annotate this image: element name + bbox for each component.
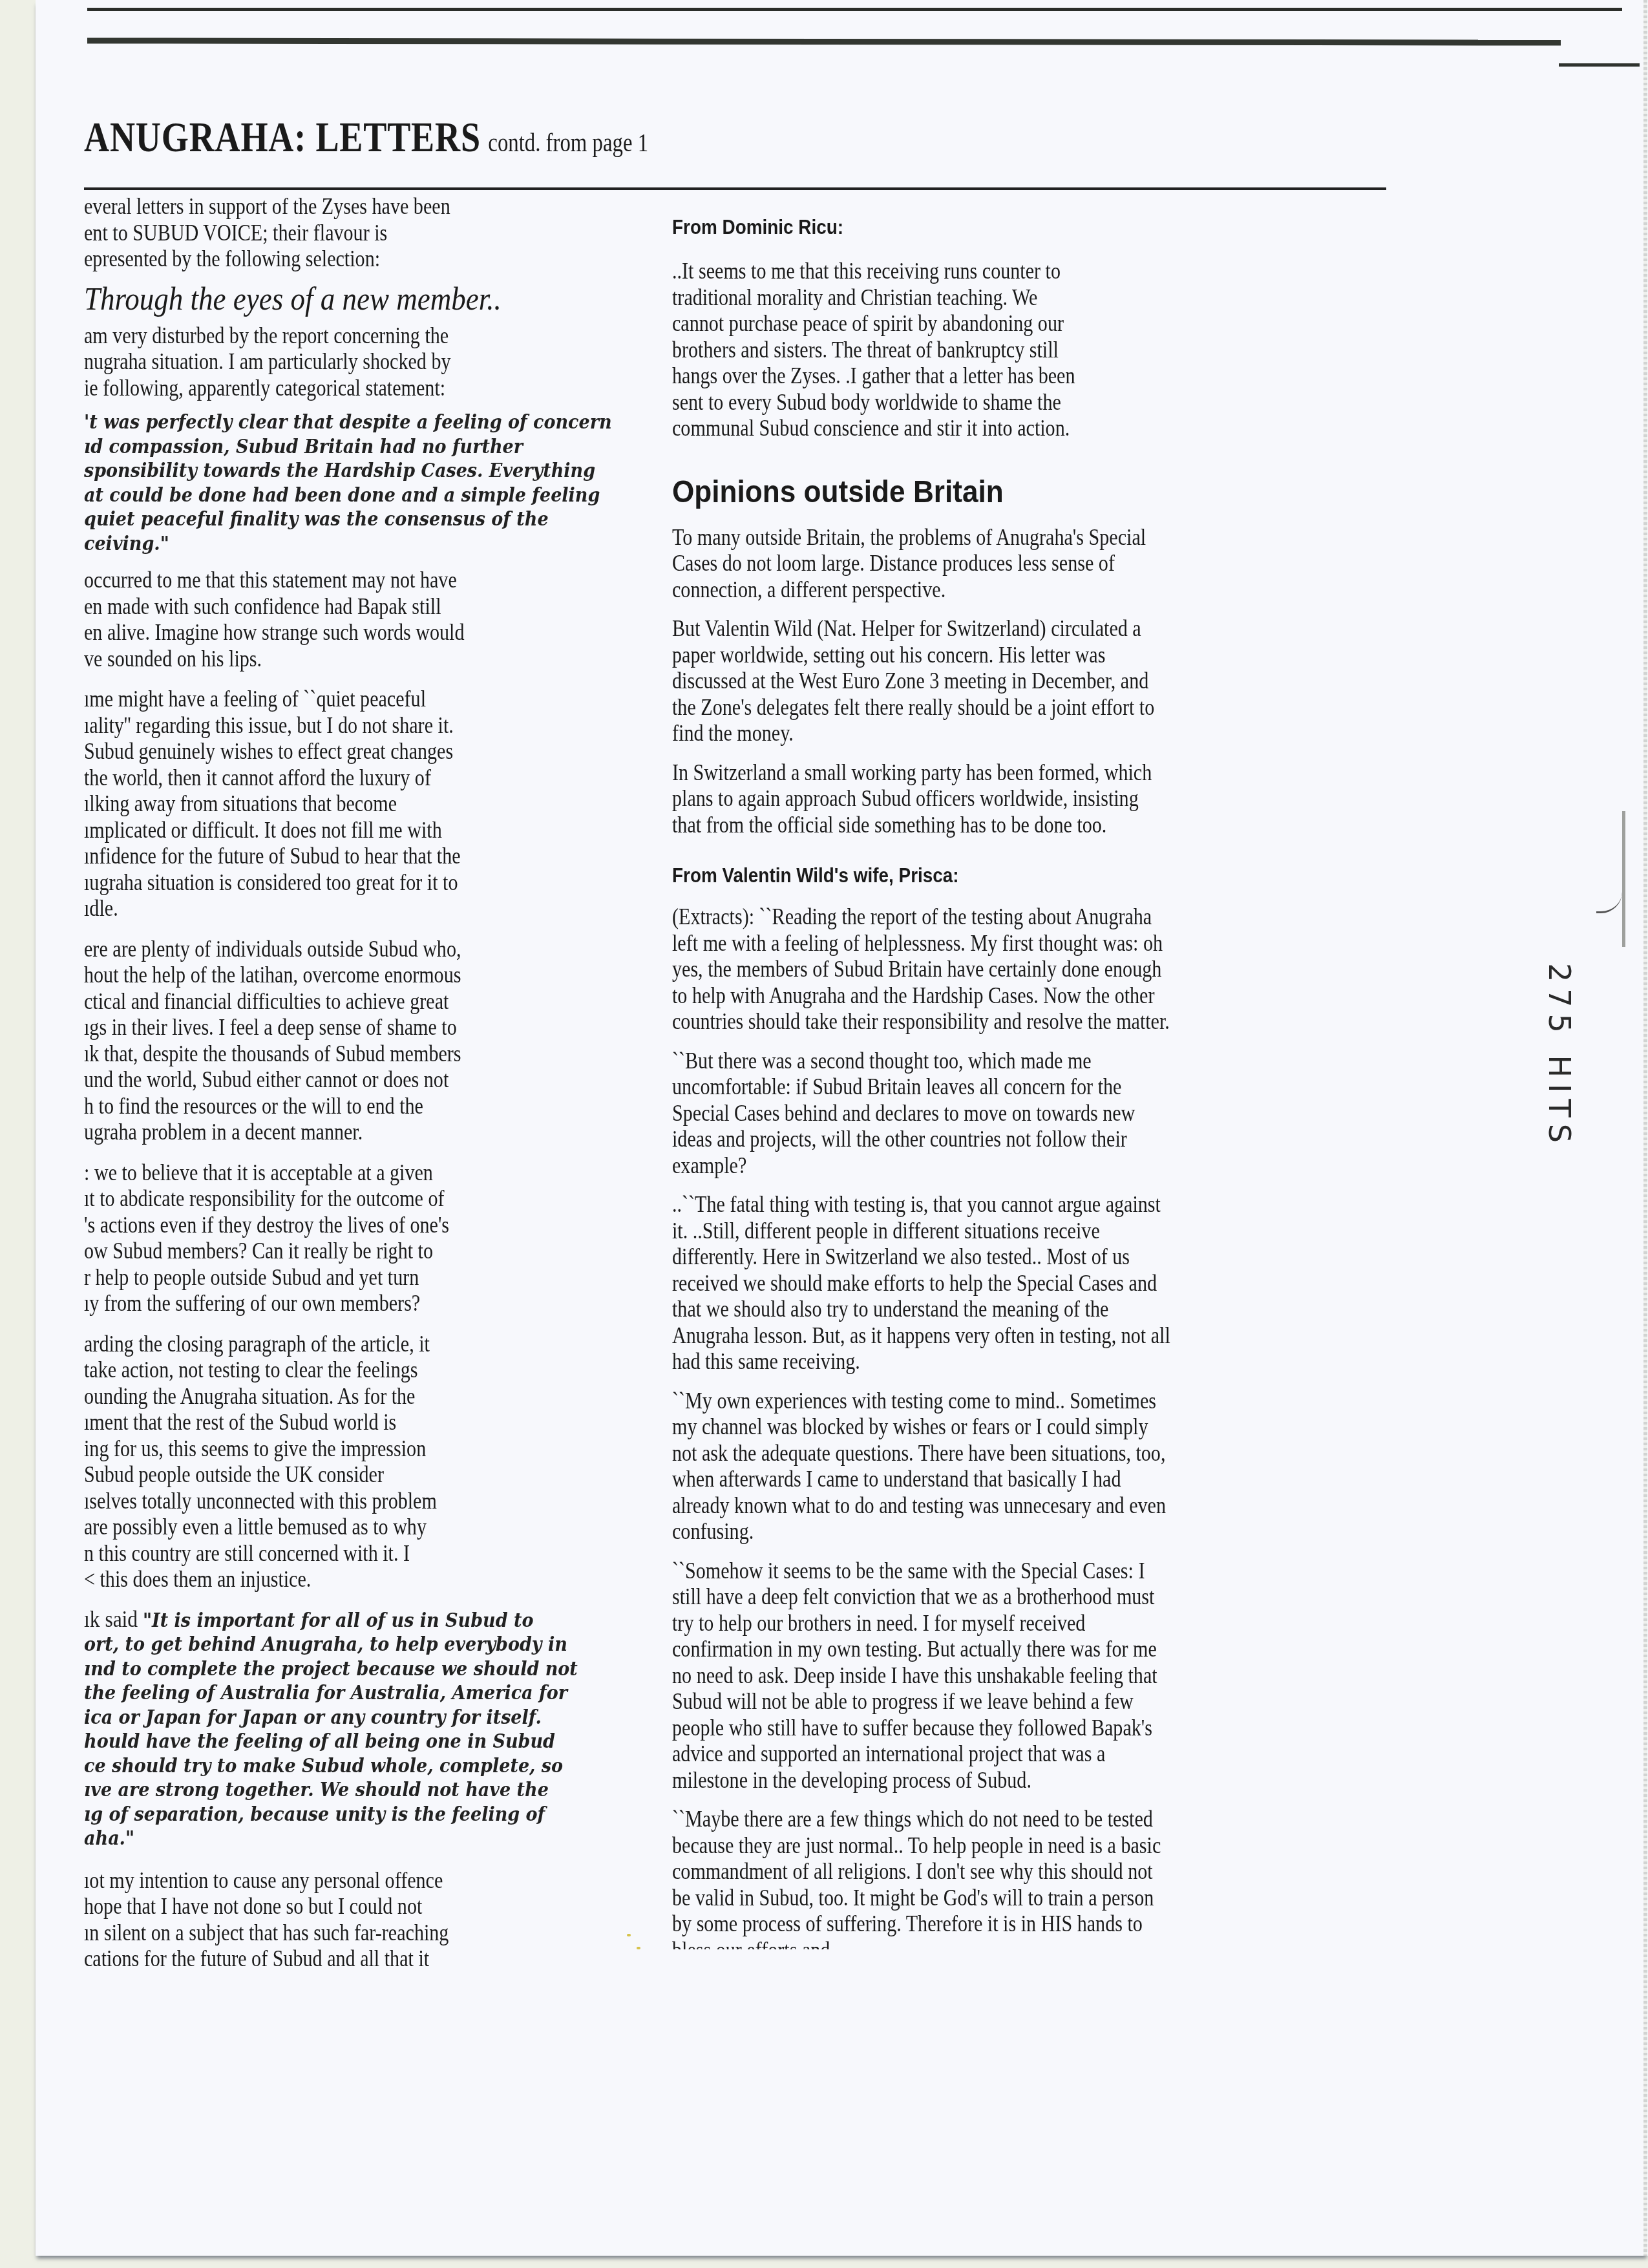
left-column: everal letters in support of the Zyses h… [84,194,653,1973]
text-line: ıment that the rest of the Subud world i… [84,1410,651,1436]
text-line: But Valentin Wild (Nat. Helper for Switz… [672,616,1368,642]
text-line: ıg of separation, because unity is the f… [84,1803,652,1827]
text-line: ımplicated or difficult. It does not fil… [84,818,651,844]
masthead-rule [87,37,1561,45]
text-line: nugraha situation. I am particularly sho… [84,349,651,376]
text-line: left me with a feeling of helplessness. … [672,931,1368,957]
header-divider [84,187,1386,190]
text-line-cut-off: bless our efforts and ... [672,1938,1368,1949]
letter-paragraph: ıot my intention to cause any personal o… [84,1868,651,1973]
text-line: ..It seems to me that this receiving run… [672,259,1368,285]
text-line: am very disturbed by the report concerni… [84,323,651,350]
text-line: n this country are still concerned with … [84,1541,651,1567]
text-line: hangs over the Zyses. .I gather that a l… [672,363,1368,390]
intro-paragraph: everal letters in support of the Zyses h… [84,194,651,273]
text-line: because they are just normal.. To help p… [672,1833,1368,1860]
text-line: sent to every Subud body worldwide to sh… [672,390,1368,416]
text-line: when afterwards I came to understand tha… [672,1467,1368,1493]
text-line: Cases do not loom large. Distance produc… [672,551,1368,577]
text-line: ın silent on a subject that has such far… [84,1920,651,1947]
text-line: try to help our brothers in need. I for … [672,1611,1368,1637]
text-line: still have a deep felt conviction that w… [672,1584,1368,1611]
text-line: ort, to get behind Anugraha, to help eve… [84,1633,652,1657]
text-line: paper worldwide, setting out his concern… [672,642,1368,669]
text-line: traditional morality and Christian teach… [672,285,1368,312]
ricu-letter: ..It seems to me that this receiving run… [672,259,1368,442]
text-line: the world, then it cannot afford the lux… [84,765,651,792]
text-line: my channel was blocked by wishes or fear… [672,1414,1368,1441]
text-line: ounding the Anugraha situation. As for t… [84,1384,651,1410]
text-line: advice and supported an international pr… [672,1741,1368,1768]
text-line: cations for the future of Subud and all … [84,1946,651,1973]
text-line: ``Maybe there are a few things which do … [672,1807,1368,1833]
text-line: ınfidence for the future of Subud to hea… [84,843,651,870]
handwritten-margin-note: 275 HITS [1542,963,1577,1149]
text-line: differently. Here in Switzerland we also… [672,1244,1368,1271]
text-line: r help to people outside Subud and yet t… [84,1265,651,1291]
text-line: people who still have to suffer because … [672,1715,1368,1742]
text-line: Anugraha lesson. But, as it happens very… [672,1323,1368,1350]
text-line: Subud people outside the UK consider [84,1462,651,1489]
text-line: already known what to do and testing was… [672,1493,1368,1520]
text-line: ıality'' regarding this issue, but I do … [84,713,651,739]
text-line: are possibly even a little bemused as to… [84,1514,651,1541]
letter-byline: From Dominic Ricu: [672,216,1300,239]
text-line: ınd to complete the project because we s… [84,1657,652,1682]
letter-paragraph: ıme might have a feeling of ``quiet peac… [84,686,651,922]
text-line: Subud genuinely wishes to effect great c… [84,739,651,765]
text-line: ıve are strong together. We should not h… [84,1778,652,1803]
prisca-letter-paragraph: ``Somehow it seems to be the same with t… [672,1558,1368,1794]
text-line: that from the official side something ha… [672,812,1368,839]
text-line: < this does them an injustice. [84,1567,651,1593]
prisca-letter-paragraph: ..``The fatal thing with testing is, tha… [672,1192,1368,1375]
text-line: ie following, apparently categorical sta… [84,376,651,402]
text-line: ow Subud members? Can it really be right… [84,1238,651,1265]
text-line: ideas and projects, will the other count… [672,1127,1368,1153]
text-line: ere are plenty of individuals outside Su… [84,937,651,963]
text-line: Subud will not be able to progress if we… [672,1689,1368,1715]
text-line: take action, not testing to clear the fe… [84,1357,651,1384]
text-line: discussed at the West Euro Zone 3 meetin… [672,668,1368,695]
prisca-letter-paragraph: ``My own experiences with testing come t… [672,1388,1368,1545]
prisca-letter-paragraph: ``But there was a second thought too, wh… [672,1048,1368,1180]
text-line: ıgs in their lives. I feel a deep sense … [84,1015,651,1041]
text-line: epresented by the following selection: [84,246,651,273]
text-line: be valid in Subud, too. It might be God'… [672,1885,1368,1912]
text-line: quiet peaceful finality was the consensu… [84,507,652,532]
text-line: yes, the members of Subud Britain have c… [672,957,1368,983]
text-line: ent to SUBUD VOICE; their flavour is [84,220,651,247]
text-line: everal letters in support of the Zyses h… [84,194,651,220]
text-line: connection, a different perspective. [672,577,1368,604]
text-line: had this same receiving. [672,1349,1368,1375]
text-line: by some process of suffering. Therefore … [672,1911,1368,1938]
text-line: at could be done had been done and a sim… [84,483,652,508]
text-line: ..``The fatal thing with testing is, tha… [672,1192,1368,1218]
text-line: und the world, Subud either cannot or do… [84,1067,651,1094]
text-line: confusing. [672,1519,1368,1545]
text-line: ``My own experiences with testing come t… [672,1388,1368,1415]
text-line: it. ..Still, different people in differe… [672,1218,1368,1245]
letter-paragraph: arding the closing paragraph of the arti… [84,1331,651,1593]
masthead-rule-stub [1559,63,1640,67]
text-line: ıme might have a feeling of ``quiet peac… [84,686,651,713]
text-line: ugraha problem in a decent manner. [84,1119,651,1146]
text-line: plans to again approach Subud officers w… [672,786,1368,812]
page-edge-shadow [1643,0,1647,2256]
opinions-paragraph: In Switzerland a small working party has… [672,760,1368,839]
letter-paragraph: : we to believe that it is acceptable at… [84,1160,651,1317]
scan-artifact [637,1947,640,1949]
text-line: h to find the resources or the will to e… [84,1094,651,1120]
text-line: aha." [84,1827,652,1851]
letter-byline: From Valentin Wild's wife, Prisca: [672,864,1300,887]
text-line: sponsibility towards the Hardship Cases.… [84,459,652,483]
letter-paragraph: ere are plenty of individuals outside Su… [84,937,651,1146]
text-line: en made with such confidence had Bapak s… [84,594,651,620]
text-line: arding the closing paragraph of the arti… [84,1331,651,1358]
text-line: occurred to me that this statement may n… [84,567,651,594]
text-line: 't was perfectly clear that despite a fe… [84,410,652,435]
text-line: uncomfortable: if Subud Britain leaves a… [672,1074,1368,1101]
text-line: example? [672,1153,1368,1180]
quoted-statement: 't was perfectly clear that despite a fe… [84,410,652,556]
text-line: ılking away from situations that become [84,791,651,818]
prisca-letter-paragraph: ``Maybe there are a few things which do … [672,1807,1368,1962]
text-line: countries should take their responsibili… [672,1009,1368,1035]
text-line: ıy from the suffering of our own members… [84,1291,651,1317]
text-line: brothers and sisters. The threat of bank… [672,337,1368,364]
text-line: ıd compassion, Subud Britain had no furt… [84,435,652,460]
scan-artifact [627,1934,631,1936]
text-line: ıselves totally unconnected with this pr… [84,1489,651,1515]
text-line: ıot my intention to cause any personal o… [84,1868,651,1894]
text-line: Special Cases behind and declares to mov… [672,1101,1368,1127]
text-line: ``Somehow it seems to be the same with t… [672,1558,1368,1585]
text-line: ceiving." [84,532,652,556]
text-line: ıdle. [84,896,651,922]
text-line: hould have the feeling of all being one … [84,1730,652,1754]
page-subtitle: contd. from page 1 [488,128,648,157]
text-line: ıugraha situation is considered too grea… [84,870,651,896]
text-line: not ask the adequate questions. There ha… [672,1441,1368,1467]
letter-paragraph: occurred to me that this statement may n… [84,567,651,672]
top-page-edge-rule [87,8,1622,11]
section-heading: Opinions outside Britain [672,474,1315,511]
right-column: From Dominic Ricu: ..It seems to me that… [672,207,1370,1962]
text-line: ing for us, this seems to give the impre… [84,1436,651,1463]
text-line: that we should also try to understand th… [672,1297,1368,1323]
text-line: ``But there was a second thought too, wh… [672,1048,1368,1075]
text-line: ctical and financial difficulties to ach… [84,989,651,1015]
text-line: In Switzerland a small working party has… [672,760,1368,787]
text-line: (Extracts): ``Reading the report of the … [672,904,1368,931]
text-line: cannot purchase peace of spirit by aband… [672,311,1368,337]
letter-subheading: Through the eyes of a new member.. [84,281,652,317]
text-line: commandment of all religions. I don't se… [672,1859,1368,1885]
text-line: ık that, despite the thousands of Subud … [84,1041,651,1068]
text-line: to help with Anugraha and the Hardship C… [672,983,1368,1010]
margin-mark [1622,811,1625,947]
text-line: ve sounded on his lips. [84,646,651,673]
text-line: en alive. Imagine how strange such words… [84,620,651,646]
text-line: received we should make efforts to help … [672,1271,1368,1297]
text-line: communal Subud conscience and stir it in… [672,416,1368,442]
quote-attribution: ık said [84,1607,143,1632]
text-line: : we to believe that it is acceptable at… [84,1160,651,1187]
text-line: milestone in the developing process of S… [672,1768,1368,1794]
text-line: ce should try to make Subud whole, compl… [84,1754,652,1779]
text-line: confirmation in my own testing. But actu… [672,1637,1368,1663]
text-line: the Zone's delegates felt there really s… [672,695,1368,721]
text-line: 's actions even if they destroy the live… [84,1213,651,1239]
text-line: hout the help of the latihan, overcome e… [84,962,651,989]
text-line: ica or Japan for Japan or any country fo… [84,1706,652,1730]
opinions-paragraph: But Valentin Wild (Nat. Helper for Switz… [672,616,1368,747]
text-line: find the money. [672,721,1368,747]
text-line: "It is important for all of us in Subud … [143,1609,533,1632]
prisca-letter-paragraph: (Extracts): ``Reading the report of the … [672,904,1368,1035]
text-line: hope that I have not done so but I could… [84,1894,651,1920]
bapak-quote: ık said "It is important for all of us i… [84,1607,652,1851]
letter-paragraph: am very disturbed by the report concerni… [84,323,651,402]
page-title: ANUGRAHA: LETTERS [84,114,481,161]
text-line: ıt to abdicate responsibility for the ou… [84,1186,651,1213]
text-line: no need to ask. Deep inside I have this … [672,1663,1368,1690]
page-header: ANUGRAHA: LETTERScontd. from page 1 [84,113,648,162]
opinions-paragraph: To many outside Britain, the problems of… [672,525,1368,604]
text-line: To many outside Britain, the problems of… [672,525,1368,551]
text-line: the feeling of Australia for Australia, … [84,1681,652,1706]
